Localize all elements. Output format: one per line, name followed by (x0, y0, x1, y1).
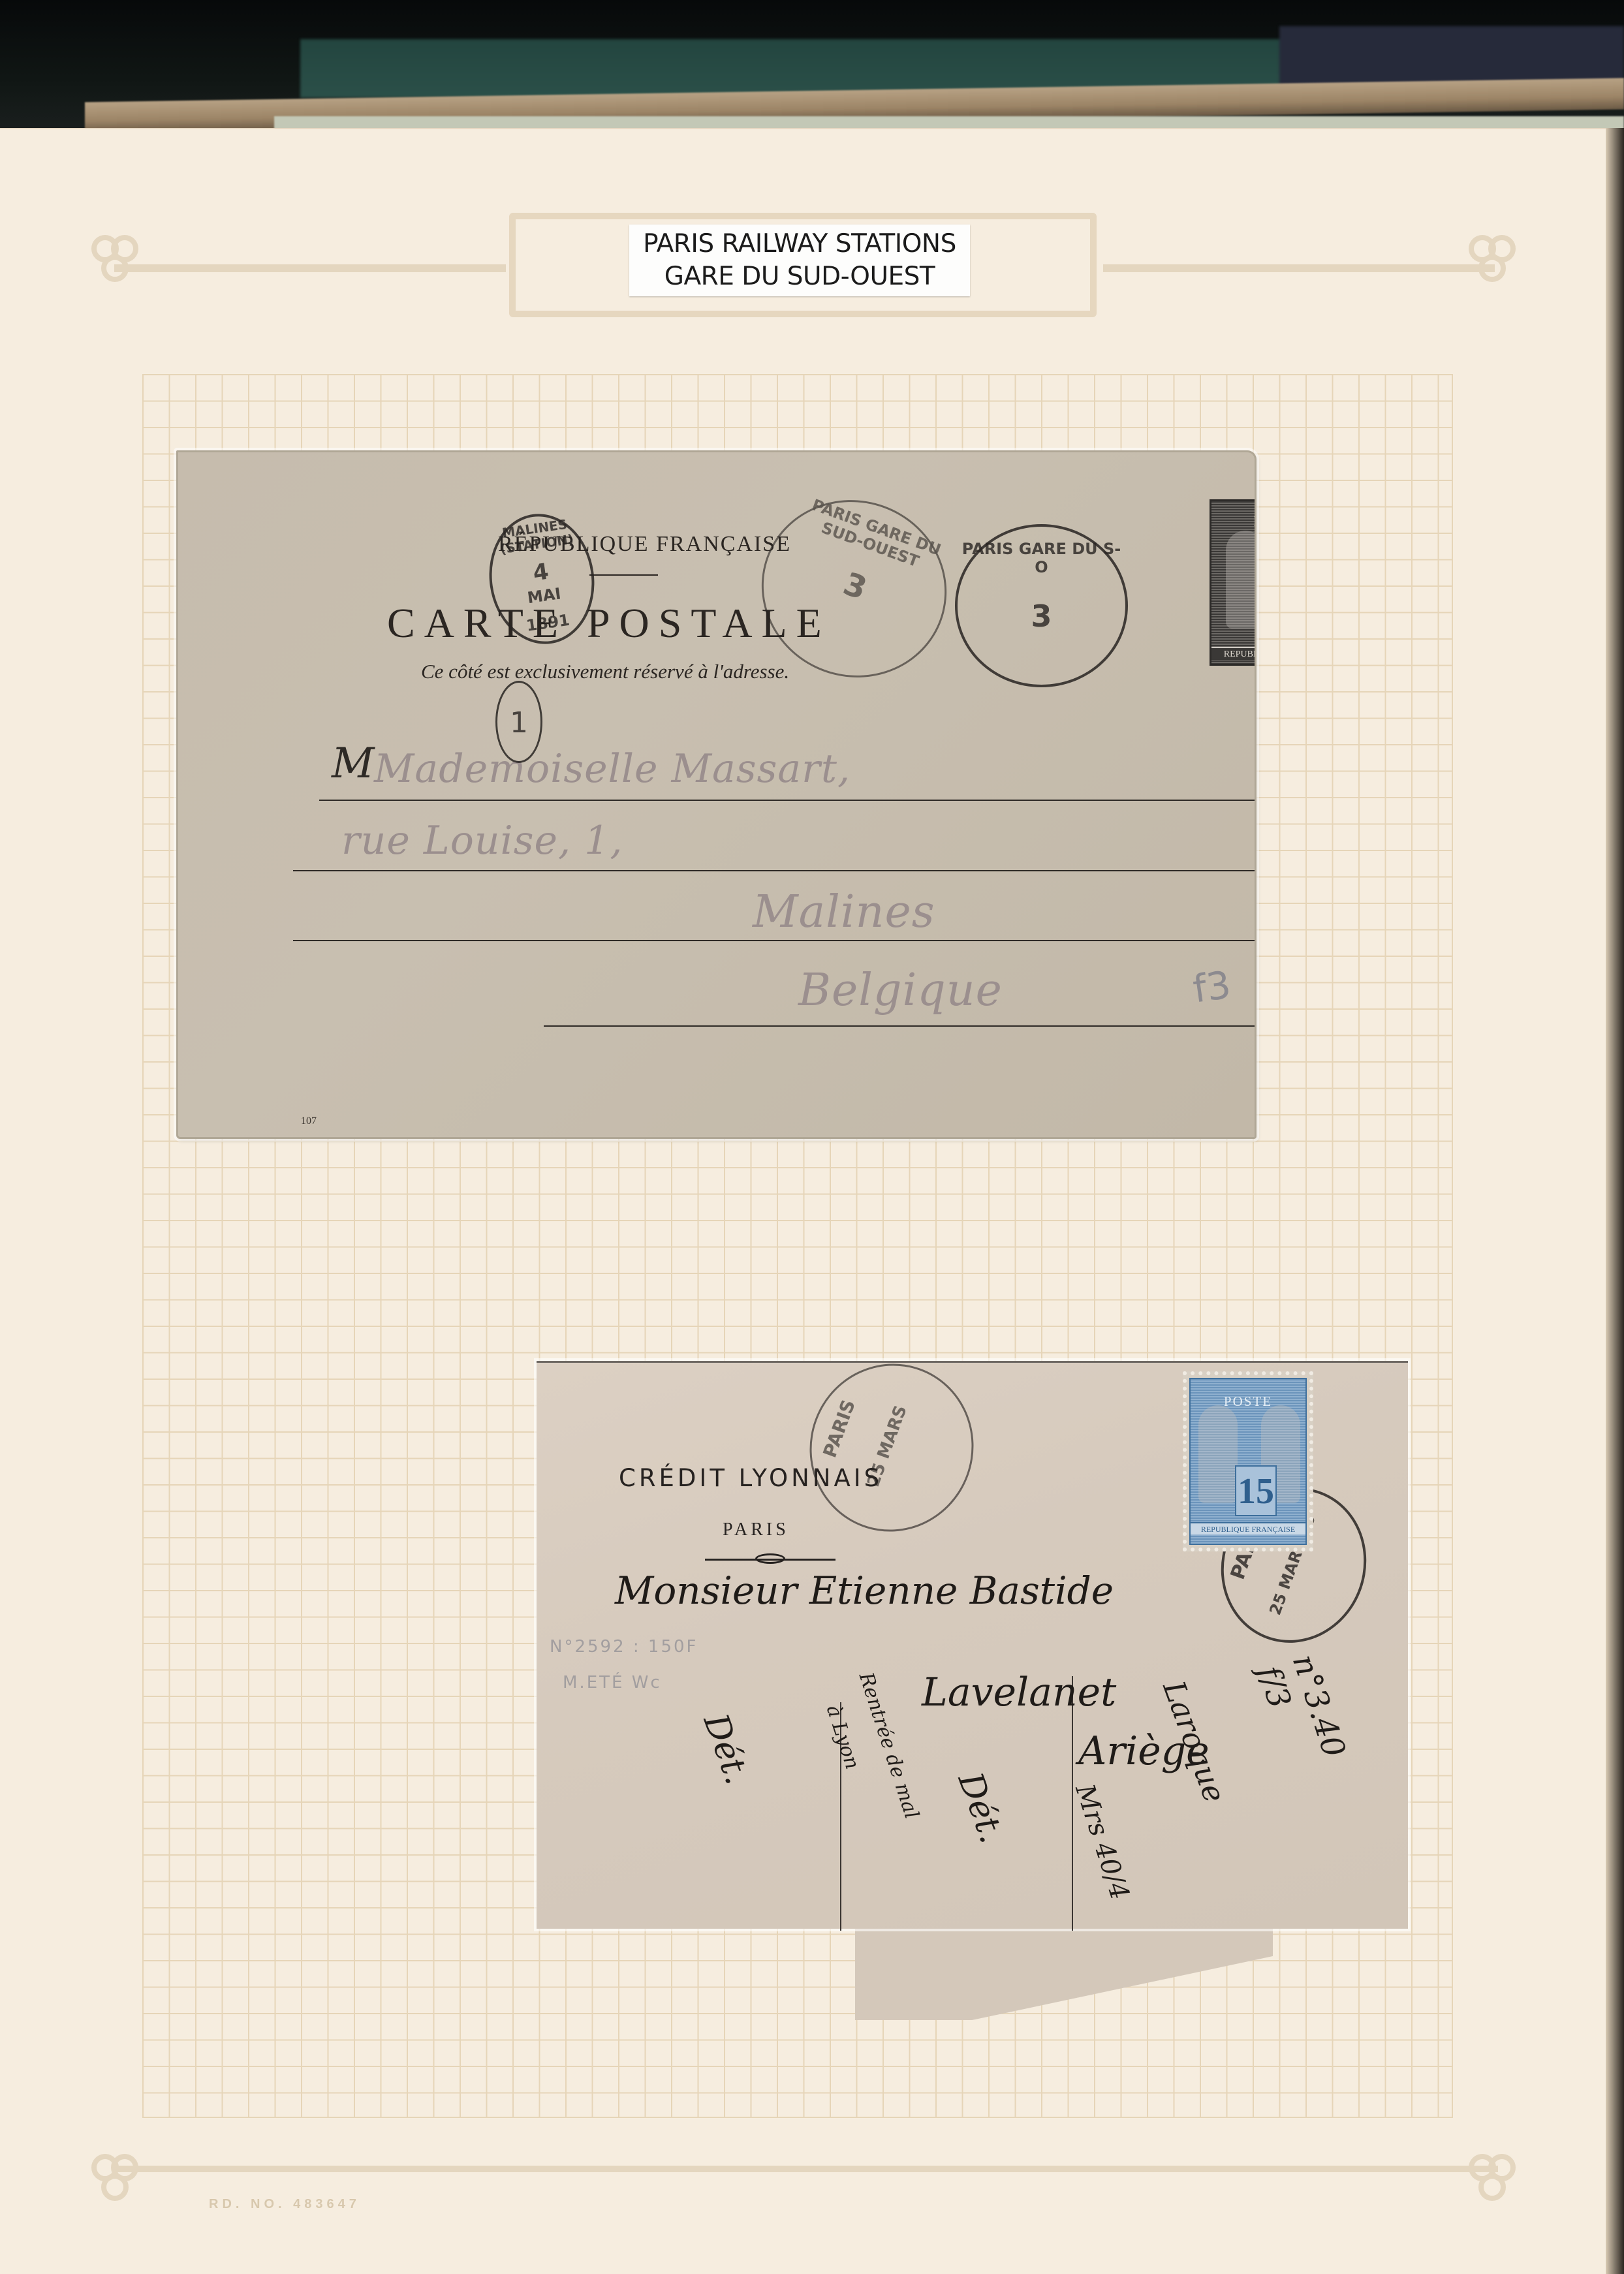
page-title-line1: PARIS RAILWAY STATIONS (643, 228, 956, 260)
address-line-4: Belgique (798, 965, 1003, 1016)
address-rule-3 (293, 940, 1257, 941)
address-rule-1 (319, 800, 1257, 801)
postal-card[interactable]: RÉPUBLIQUE FRANÇAISE CARTE POSTALE Ce cô… (176, 450, 1257, 1139)
page-title-line2: GARE DU SUD-OUEST (664, 260, 935, 293)
footer-frame-bar (114, 2166, 1498, 2172)
pencil-note-catalog: N°2592 : 150F (550, 1637, 698, 1657)
allegory-figure-peace-icon (1226, 531, 1257, 629)
sage-10c-imprint-stamp: POSTE 10 REPUBLIQUE FRANÇAISE (1210, 499, 1257, 666)
pencil-mark: f3 (1191, 962, 1234, 1011)
address-line-3: Malines (753, 886, 935, 938)
page-edge-shadow (1606, 128, 1624, 2274)
note-lyon: à Lyon (822, 1702, 864, 1772)
clover-ornament-left-icon (91, 235, 150, 294)
clover-ornament-right-icon (1469, 235, 1527, 294)
cover-addressee: Monsieur Etienne Bastide (615, 1568, 1114, 1613)
note-mrs: Mrs 40/4 (1069, 1781, 1134, 1903)
boxed-mark: 1 (495, 681, 542, 763)
note-det-2: Dét. (950, 1768, 1012, 1848)
header-frame-right-bar (1103, 264, 1495, 272)
page-title-label: PARIS RAILWAY STATIONS GARE DU SUD-OUEST (629, 225, 970, 296)
address-rule-4 (544, 1025, 1257, 1027)
address-line-2: rue Louise, 1, (341, 818, 623, 864)
stamp-perforation (1183, 1371, 1313, 1551)
header-frame-left-bar (114, 264, 506, 272)
pencil-note-2: M.ETÉ Wc (563, 1673, 662, 1692)
stamp-poste-text: POSTE (1211, 513, 1257, 530)
clover-ornament-bottom-left-icon (91, 2154, 150, 2213)
postmark-paris-1: PARIS 25 MARS (786, 1341, 997, 1555)
address-line-1: Mademoiselle Massart, (374, 746, 851, 792)
note-ref: n°3.40 f/3 (1250, 1650, 1352, 1773)
registration-number: RD. NO. 483647 (209, 2197, 360, 2212)
address-rule-2 (293, 870, 1257, 871)
credit-lyonnais-cover[interactable]: CRÉDIT LYONNAIS PARIS PARIS 25 MARS PARI… (537, 1361, 1408, 1929)
address-town: Lavelanet (922, 1670, 1116, 1715)
card-print-number: 107 (301, 1115, 317, 1127)
note-rentree: Rentrée de mal (854, 1670, 923, 1822)
sage-15c-blue-stamp: POSTE 15 REPUBLIQUE FRANÇAISE (1183, 1371, 1313, 1551)
stamp-country: REPUBLIQUE FRANÇAISE (1211, 647, 1257, 660)
card-header-divider (589, 574, 658, 576)
card-address-note: Ce côté est exclusivement réservé à l'ad… (421, 660, 789, 683)
clover-ornament-bottom-right-icon (1469, 2154, 1527, 2213)
postmark-gare-sud-ouest-2: PARIS GARE DU S-O 3 (955, 524, 1128, 687)
flourish-ornament-icon (755, 1553, 785, 1564)
note-det-1: Dét. (696, 1709, 757, 1790)
address-initial-m: M (332, 740, 375, 788)
letterhead-city: PARIS (723, 1519, 789, 1540)
